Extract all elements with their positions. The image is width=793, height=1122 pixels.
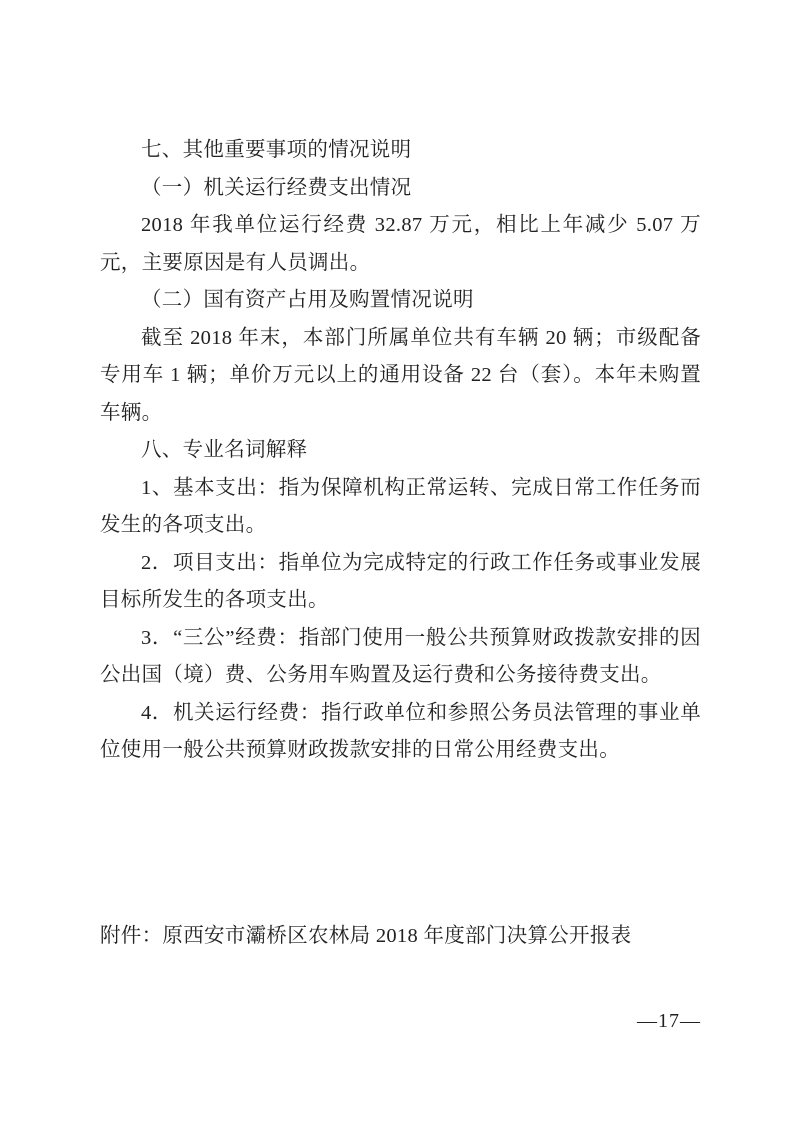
document-body: 七、其他重要事项的情况说明 （一）机关运行经费支出情况 2018 年我单位运行经…: [100, 132, 701, 770]
operating-expense-paragraph: 2018 年我单位运行经费 32.87 万元，相比上年减少 5.07 万元，主要…: [100, 207, 701, 282]
section-7-heading: 七、其他重要事项的情况说明: [100, 132, 701, 170]
page-number: —17—: [637, 1006, 701, 1036]
term-project-expenditure: 2．项目支出：指单位为完成特定的行政工作任务或事业发展目标所发生的各项支出。: [100, 545, 701, 620]
term-basic-expenditure: 1、基本支出：指为保障机构正常运转、完成日常工作任务而发生的各项支出。: [100, 470, 701, 545]
state-assets-paragraph: 截至 2018 年末，本部门所属单位共有车辆 20 辆；市级配备专用车 1 辆；…: [100, 320, 701, 433]
term-agency-operating-funds: 4．机关运行经费：指行政单位和参照公务员法管理的事业单位使用一般公共预算财政拨款…: [100, 695, 701, 770]
attachment-line: 附件：原西安市灞桥区农林局 2018 年度部门决算公开报表: [100, 918, 720, 956]
section-8-heading: 八、专业名词解释: [100, 432, 701, 470]
subsection-1-heading: （一）机关运行经费支出情况: [100, 170, 701, 208]
subsection-2-heading: （二）国有资产占用及购置情况说明: [100, 282, 701, 320]
term-three-public-funds: 3．“三公”经费：指部门使用一般公共预算财政拨款安排的因公出国（境）费、公务用车…: [100, 620, 701, 695]
document-page: 七、其他重要事项的情况说明 （一）机关运行经费支出情况 2018 年我单位运行经…: [0, 0, 793, 1122]
